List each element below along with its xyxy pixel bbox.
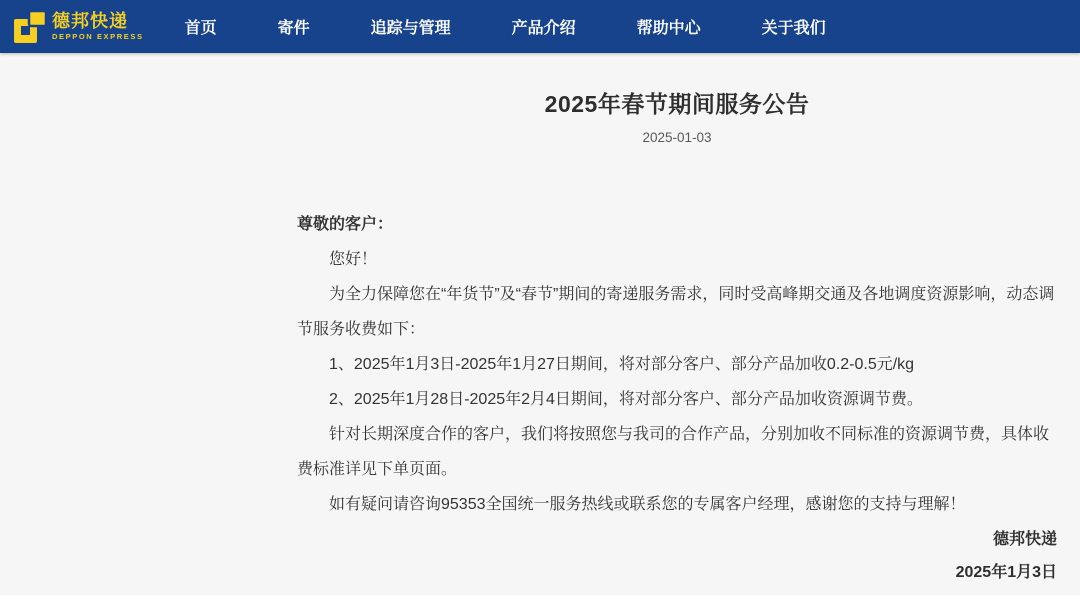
salutation: 尊敬的客户： bbox=[297, 207, 1057, 242]
paragraph-fee-item-1: 1、2025年1月3日-2025年1月27日期间，将对部分客户、部分产品加收0.… bbox=[297, 347, 1057, 382]
deppon-logo-icon bbox=[13, 10, 47, 44]
nav-item-about-us[interactable]: 关于我们 bbox=[762, 15, 826, 38]
nav-item-help-center[interactable]: 帮助中心 bbox=[637, 15, 701, 38]
signature-block: 德邦快递 2025年1月3日 bbox=[297, 522, 1057, 588]
signature-company: 德邦快递 bbox=[297, 522, 1057, 557]
nav-item-products[interactable]: 产品介绍 bbox=[512, 15, 576, 38]
paragraph-hotline: 如有疑问请咨询95353全国统一服务热线或联系您的专属客户经理，感谢您的支持与理… bbox=[297, 487, 1057, 522]
announcement-title: 2025年春节期间服务公告 bbox=[297, 86, 1057, 119]
brand-name-en: DEPPON EXPRESS bbox=[52, 33, 144, 41]
nav-item-send[interactable]: 寄件 bbox=[278, 15, 310, 38]
announcement-publish-date: 2025-01-03 bbox=[297, 130, 1057, 145]
nav-item-home[interactable]: 首页 bbox=[185, 15, 217, 38]
deppon-logo-text: 德邦快递 DEPPON EXPRESS bbox=[52, 12, 144, 41]
deppon-logo[interactable]: 德邦快递 DEPPON EXPRESS bbox=[13, 10, 144, 44]
announcement-article: 2025年春节期间服务公告 2025-01-03 尊敬的客户： 您好！ 为全力保… bbox=[297, 53, 1057, 588]
brand-name-cn: 德邦快递 bbox=[52, 12, 144, 30]
top-navbar: 德邦快递 DEPPON EXPRESS 首页 寄件 追踪与管理 产品介绍 帮助中… bbox=[0, 0, 1080, 53]
paragraph-fee-item-2: 2、2025年1月28日-2025年2月4日期间，将对部分客户、部分产品加收资源… bbox=[297, 382, 1057, 417]
main-navigation: 首页 寄件 追踪与管理 产品介绍 帮助中心 关于我们 bbox=[185, 15, 826, 38]
nav-item-tracking[interactable]: 追踪与管理 bbox=[371, 15, 451, 38]
signature-date: 2025年1月3日 bbox=[297, 557, 1057, 588]
footer-strip bbox=[0, 595, 1080, 602]
paragraph-partners: 针对长期深度合作的客户，我们将按照您与我司的合作产品，分别加收不同标准的资源调节… bbox=[297, 417, 1057, 487]
paragraph-intro: 为全力保障您在“年货节”及“春节”期间的寄递服务需求，同时受高峰期交通及各地调度… bbox=[297, 277, 1057, 347]
paragraph-greeting: 您好！ bbox=[297, 242, 1057, 277]
announcement-page: 2025年春节期间服务公告 2025-01-03 尊敬的客户： 您好！ 为全力保… bbox=[0, 53, 1080, 602]
announcement-body: 尊敬的客户： 您好！ 为全力保障您在“年货节”及“春节”期间的寄递服务需求，同时… bbox=[297, 207, 1057, 588]
